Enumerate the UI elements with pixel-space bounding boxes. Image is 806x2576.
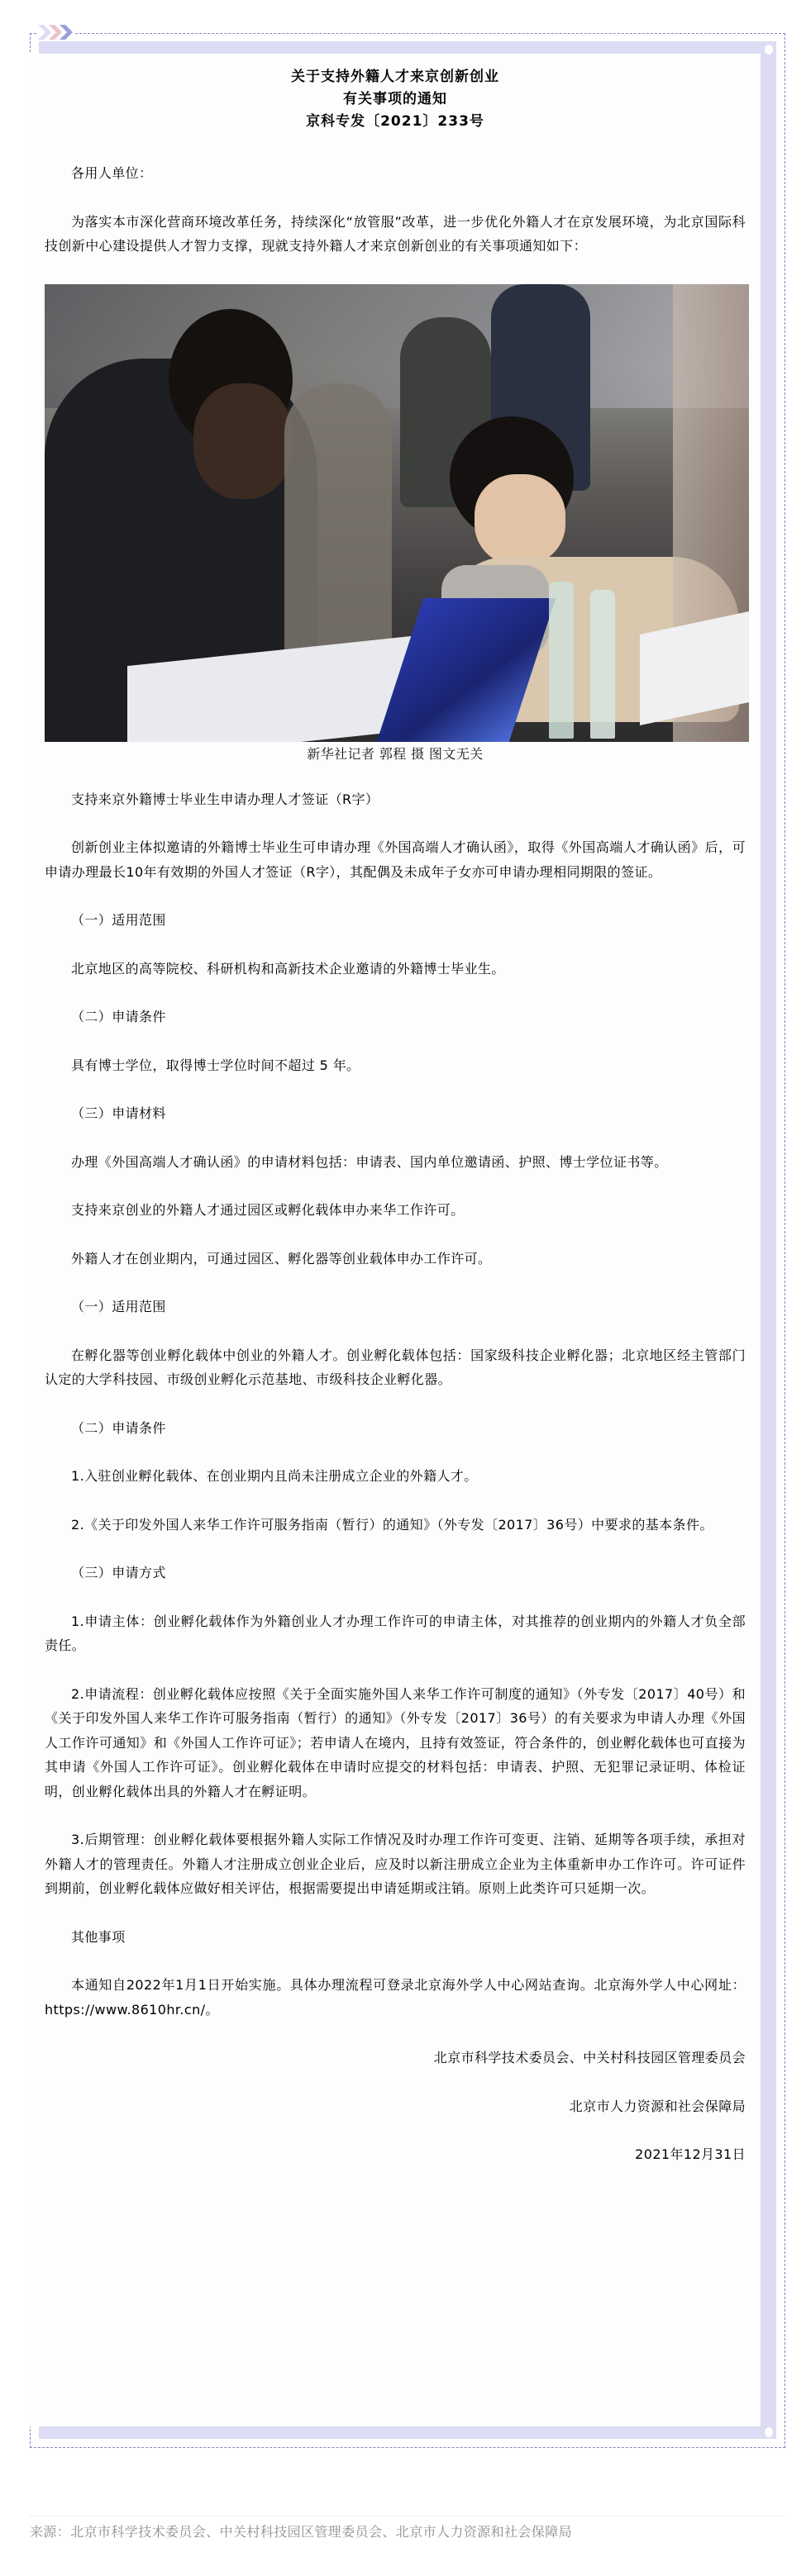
- document-title: 关于支持外籍人才来京创新创业 有关事项的通知 京科专发〔2021〕233号: [45, 66, 746, 133]
- subheading: （一）适用范围: [45, 908, 746, 933]
- title-line: 有关事项的通知: [45, 88, 746, 111]
- footer-divider: [30, 2516, 785, 2517]
- paragraph: 1.入驻创业孵化载体、在创业期内且尚未注册成立企业的外籍人才。: [45, 1464, 746, 1489]
- paragraph: 办理《外国高端人才确认函》的申请材料包括：申请表、国内单位邀请函、护照、博士学位…: [45, 1150, 746, 1175]
- paragraph: 具有博士学位，取得博士学位时间不超过 5 年。: [45, 1053, 746, 1078]
- frame-band-bottom: [39, 2426, 776, 2439]
- frame-dot-bottom: [765, 2427, 773, 2437]
- frame-band-right: [761, 41, 776, 2439]
- chevron-right-icon: [60, 25, 73, 40]
- frame-dot-top: [765, 45, 773, 55]
- subheading: （二）申请条件: [45, 1005, 746, 1029]
- signature-issuer: 北京市科学技术委员会、中关村科技园区管理委员会: [45, 2046, 746, 2070]
- title-line: 关于支持外籍人才来京创新创业: [45, 66, 746, 88]
- intro-paragraph: 为落实本市深化营商环境改革任务，持续深化“放管服”改革，进一步优化外籍人才在京发…: [45, 210, 746, 259]
- issue-date: 2021年12月31日: [45, 2142, 746, 2167]
- frame-band-top: [39, 41, 776, 54]
- section-heading: 支持来京外籍博士毕业生申请办理人才签证（R字）: [45, 787, 746, 812]
- photo-figure: 新华社记者 郭程 摄 图文无关: [45, 284, 746, 766]
- photo-caption: 新华社记者 郭程 摄 图文无关: [45, 743, 746, 766]
- article-panel: 关于支持外籍人才来京创新创业 有关事项的通知 京科专发〔2021〕233号 各用…: [30, 54, 761, 2426]
- paragraph: 3.后期管理：创业孵化载体要根据外籍人实际工作情况及时办理工作许可变更、注销、延…: [45, 1827, 746, 1901]
- chevron-decoration-icon: [38, 25, 74, 40]
- section-heading: 其他事项: [45, 1925, 746, 1950]
- paragraph: 2.《关于印发外国人来华工作许可服务指南（暂行）的通知》（外专发〔2017〕36…: [45, 1513, 746, 1538]
- paragraph: 在孵化器等创业孵化载体中创业的外籍人才。创业孵化载体包括：国家级科技企业孵化器；…: [45, 1343, 746, 1392]
- paragraph: 2.申请流程：创业孵化载体应按照《关于全面实施外国人来华工作许可制度的通知》（外…: [45, 1682, 746, 1804]
- subheading: （一）适用范围: [45, 1295, 746, 1319]
- paragraph: 1.申请主体：创业孵化载体作为外籍创业人才办理工作许可的申请主体，对其推荐的创业…: [45, 1609, 746, 1658]
- news-photo: [45, 284, 749, 742]
- subheading: （三）申请材料: [45, 1101, 746, 1126]
- signature-issuer: 北京市人力资源和社会保障局: [45, 2094, 746, 2119]
- paragraph: 本通知自2022年1月1日开始实施。具体办理流程可登录北京海外学人中心网站查询。…: [45, 1973, 746, 2022]
- section-heading: 支持来京创业的外籍人才通过园区或孵化载体申办来华工作许可。: [45, 1198, 746, 1223]
- salutation: 各用人单位：: [45, 161, 746, 186]
- subheading: （三）申请方式: [45, 1561, 746, 1585]
- paragraph: 创新创业主体拟邀请的外籍博士毕业生可申请办理《外国高端人才确认函》，取得《外国高…: [45, 835, 746, 884]
- paragraph: 外籍人才在创业期内，可通过园区、孵化器等创业载体申办工作许可。: [45, 1247, 746, 1271]
- source-line: 来源：北京市科学技术委员会、中关村科技园区管理委员会、北京市人力资源和社会保障局: [30, 2521, 572, 2543]
- document-number: 京科专发〔2021〕233号: [45, 111, 746, 133]
- subheading: （二）申请条件: [45, 1416, 746, 1441]
- paragraph: 北京地区的高等院校、科研机构和高新技术企业邀请的外籍博士毕业生。: [45, 957, 746, 981]
